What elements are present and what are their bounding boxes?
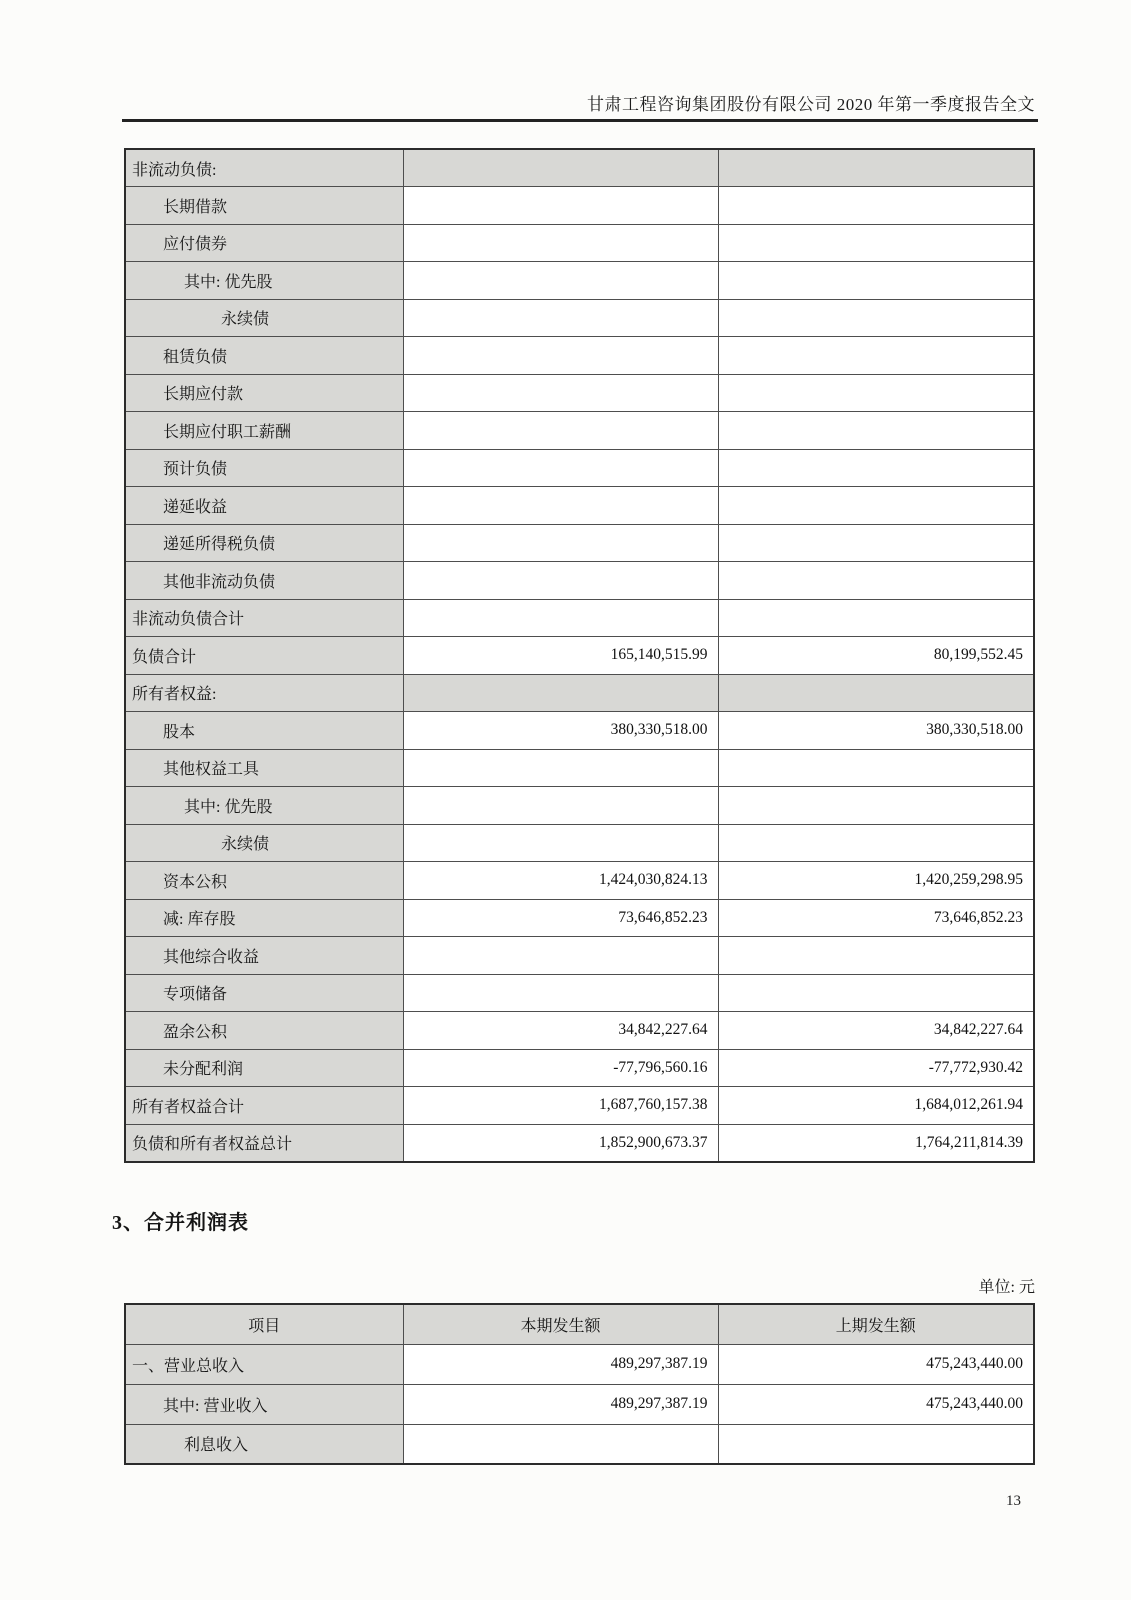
row-label-cell: 未分配利润: [125, 1049, 403, 1087]
row-label-cell: 长期借款: [125, 187, 403, 225]
prior-period-value-cell: 80,199,552.45: [718, 637, 1034, 675]
page-number: 13: [1006, 1493, 1021, 1510]
prior-period-value-cell: [718, 299, 1034, 337]
prior-period-value-cell: [718, 412, 1034, 450]
table-row: 利息收入: [125, 1424, 1034, 1464]
row-label-cell: 长期应付职工薪酬: [125, 412, 403, 450]
table-row: 预计负债: [125, 449, 1034, 487]
row-label-cell: 长期应付款: [125, 374, 403, 412]
row-label-cell: 应付债券: [125, 224, 403, 262]
prior-period-value-cell: [718, 187, 1034, 225]
row-label-cell: 其他非流动负债: [125, 562, 403, 600]
current-period-value-cell: [403, 187, 718, 225]
prior-period-value-cell: [718, 149, 1034, 187]
income-statement-heading: 3、合并利润表: [112, 1206, 249, 1235]
row-label-cell: 租赁负债: [125, 337, 403, 375]
prior-period-value-cell: [718, 487, 1034, 525]
prior-period-value-cell: [718, 974, 1034, 1012]
table-row: 未分配利润-77,796,560.16-77,772,930.42: [125, 1049, 1034, 1087]
row-label-cell: 递延收益: [125, 487, 403, 525]
row-label-cell: 其中: 营业收入: [125, 1384, 403, 1424]
prior-period-value-cell: [718, 787, 1034, 825]
column-header-current-period: 本期发生额: [403, 1304, 718, 1344]
table-row: 非流动负债合计: [125, 599, 1034, 637]
prior-period-value-cell: [718, 262, 1034, 300]
current-period-value-cell: [403, 974, 718, 1012]
prior-period-value-cell: [718, 449, 1034, 487]
current-period-value-cell: [403, 224, 718, 262]
table-row: 盈余公积34,842,227.6434,842,227.64: [125, 1012, 1034, 1050]
row-label-cell: 其中: 优先股: [125, 262, 403, 300]
income-statement-table: 项目 本期发生额 上期发生额 一、营业总收入489,297,387.19475,…: [124, 1303, 1035, 1465]
table-row: 其他权益工具: [125, 749, 1034, 787]
table-row: 长期应付职工薪酬: [125, 412, 1034, 450]
current-period-value-cell: [403, 1424, 718, 1464]
row-label-cell: 其他综合收益: [125, 937, 403, 975]
table-row: 减: 库存股73,646,852.2373,646,852.23: [125, 899, 1034, 937]
current-period-value-cell: [403, 824, 718, 862]
table-row: 永续债: [125, 824, 1034, 862]
prior-period-value-cell: 475,243,440.00: [718, 1384, 1034, 1424]
table-row: 递延收益: [125, 487, 1034, 525]
current-period-value-cell: 1,852,900,673.37: [403, 1124, 718, 1162]
income-header-row: 项目 本期发生额 上期发生额: [125, 1304, 1034, 1344]
table-row: 负债和所有者权益总计1,852,900,673.371,764,211,814.…: [125, 1124, 1034, 1162]
prior-period-value-cell: -77,772,930.42: [718, 1049, 1034, 1087]
row-label-cell: 负债合计: [125, 637, 403, 675]
unit-label: 单位: 元: [979, 1274, 1035, 1297]
row-label-cell: 一、营业总收入: [125, 1344, 403, 1384]
current-period-value-cell: [403, 374, 718, 412]
table-row: 租赁负债: [125, 337, 1034, 375]
current-period-value-cell: [403, 299, 718, 337]
table-row: 递延所得税负债: [125, 524, 1034, 562]
current-period-value-cell: [403, 412, 718, 450]
table-row: 其中: 优先股: [125, 787, 1034, 825]
current-period-value-cell: 34,842,227.64: [403, 1012, 718, 1050]
prior-period-value-cell: [718, 749, 1034, 787]
prior-period-value-cell: [718, 374, 1034, 412]
prior-period-value-cell: [718, 337, 1034, 375]
prior-period-value-cell: 1,764,211,814.39: [718, 1124, 1034, 1162]
prior-period-value-cell: [718, 524, 1034, 562]
table-row: 股本380,330,518.00380,330,518.00: [125, 712, 1034, 750]
current-period-value-cell: 380,330,518.00: [403, 712, 718, 750]
row-label-cell: 减: 库存股: [125, 899, 403, 937]
report-header-title: 甘肃工程咨询集团股份有限公司 2020 年第一季度报告全文: [587, 90, 1035, 115]
table-row: 其中: 营业收入489,297,387.19475,243,440.00: [125, 1384, 1034, 1424]
current-period-value-cell: 489,297,387.19: [403, 1384, 718, 1424]
table-row: 长期应付款: [125, 374, 1034, 412]
prior-period-value-cell: 34,842,227.64: [718, 1012, 1034, 1050]
current-period-value-cell: [403, 449, 718, 487]
current-period-value-cell: 73,646,852.23: [403, 899, 718, 937]
table-row: 所有者权益:: [125, 674, 1034, 712]
row-label-cell: 非流动负债:: [125, 149, 403, 187]
table-row: 非流动负债:: [125, 149, 1034, 187]
row-label-cell: 所有者权益合计: [125, 1087, 403, 1125]
current-period-value-cell: 165,140,515.99: [403, 637, 718, 675]
prior-period-value-cell: [718, 599, 1034, 637]
prior-period-value-cell: 380,330,518.00: [718, 712, 1034, 750]
prior-period-value-cell: [718, 1424, 1034, 1464]
income-statement-body: 一、营业总收入489,297,387.19475,243,440.00其中: 营…: [125, 1344, 1034, 1464]
row-label-cell: 永续债: [125, 299, 403, 337]
current-period-value-cell: [403, 149, 718, 187]
current-period-value-cell: [403, 749, 718, 787]
prior-period-value-cell: 475,243,440.00: [718, 1344, 1034, 1384]
prior-period-value-cell: [718, 824, 1034, 862]
row-label-cell: 专项储备: [125, 974, 403, 1012]
column-header-item: 项目: [125, 1304, 403, 1344]
prior-period-value-cell: [718, 674, 1034, 712]
table-row: 所有者权益合计1,687,760,157.381,684,012,261.94: [125, 1087, 1034, 1125]
row-label-cell: 负债和所有者权益总计: [125, 1124, 403, 1162]
table-row: 应付债券: [125, 224, 1034, 262]
row-label-cell: 利息收入: [125, 1424, 403, 1464]
prior-period-value-cell: [718, 562, 1034, 600]
row-label-cell: 盈余公积: [125, 1012, 403, 1050]
balance-sheet-table: 非流动负债:长期借款应付债券其中: 优先股永续债租赁负债长期应付款长期应付职工薪…: [124, 148, 1035, 1163]
balance-sheet-body: 非流动负债:长期借款应付债券其中: 优先股永续债租赁负债长期应付款长期应付职工薪…: [125, 149, 1034, 1162]
current-period-value-cell: 1,424,030,824.13: [403, 862, 718, 900]
row-label-cell: 其中: 优先股: [125, 787, 403, 825]
row-label-cell: 其他权益工具: [125, 749, 403, 787]
prior-period-value-cell: [718, 937, 1034, 975]
current-period-value-cell: [403, 599, 718, 637]
table-row: 长期借款: [125, 187, 1034, 225]
current-period-value-cell: 1,687,760,157.38: [403, 1087, 718, 1125]
row-label-cell: 股本: [125, 712, 403, 750]
table-row: 其中: 优先股: [125, 262, 1034, 300]
prior-period-value-cell: [718, 224, 1034, 262]
current-period-value-cell: -77,796,560.16: [403, 1049, 718, 1087]
row-label-cell: 递延所得税负债: [125, 524, 403, 562]
current-period-value-cell: [403, 487, 718, 525]
row-label-cell: 永续债: [125, 824, 403, 862]
table-row: 专项储备: [125, 974, 1034, 1012]
current-period-value-cell: [403, 674, 718, 712]
current-period-value-cell: [403, 937, 718, 975]
table-row: 其他非流动负债: [125, 562, 1034, 600]
current-period-value-cell: [403, 787, 718, 825]
column-header-prior-period: 上期发生额: [718, 1304, 1034, 1344]
prior-period-value-cell: 1,684,012,261.94: [718, 1087, 1034, 1125]
table-row: 资本公积1,424,030,824.131,420,259,298.95: [125, 862, 1034, 900]
table-row: 其他综合收益: [125, 937, 1034, 975]
current-period-value-cell: 489,297,387.19: [403, 1344, 718, 1384]
row-label-cell: 非流动负债合计: [125, 599, 403, 637]
prior-period-value-cell: 73,646,852.23: [718, 899, 1034, 937]
current-period-value-cell: [403, 337, 718, 375]
table-row: 一、营业总收入489,297,387.19475,243,440.00: [125, 1344, 1034, 1384]
row-label-cell: 预计负债: [125, 449, 403, 487]
table-row: 永续债: [125, 299, 1034, 337]
current-period-value-cell: [403, 524, 718, 562]
current-period-value-cell: [403, 262, 718, 300]
row-label-cell: 所有者权益:: [125, 674, 403, 712]
prior-period-value-cell: 1,420,259,298.95: [718, 862, 1034, 900]
header-rule: [122, 119, 1038, 122]
row-label-cell: 资本公积: [125, 862, 403, 900]
current-period-value-cell: [403, 562, 718, 600]
table-row: 负债合计165,140,515.9980,199,552.45: [125, 637, 1034, 675]
